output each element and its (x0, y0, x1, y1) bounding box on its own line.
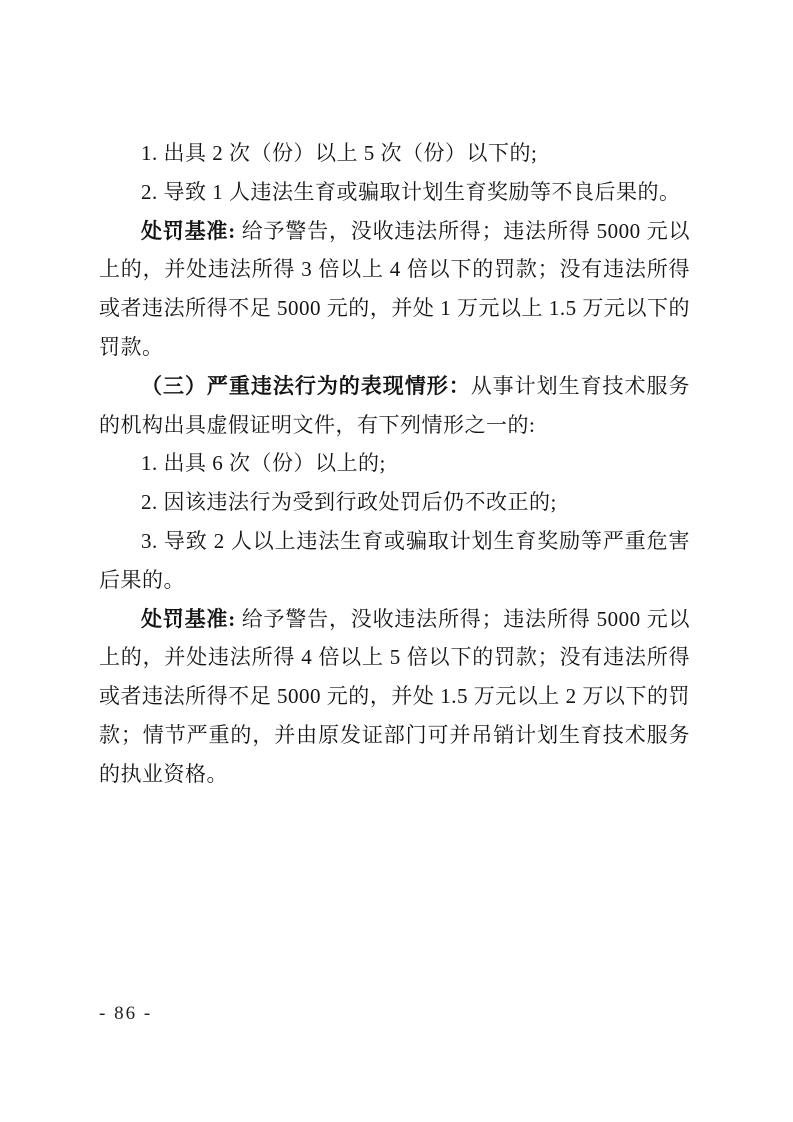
penalty-text: 给予警告，没收违法所得；违法所得 5000 元以上的，并处违法所得 4 倍以上 … (99, 607, 690, 786)
section-heading-label: （三）严重违法行为的表现情形： (141, 374, 471, 398)
document-body: 1. 出具 2 次（份）以上 5 次（份）以下的; 2. 导致 1 人违法生育或… (99, 134, 690, 794)
list-item: 2. 导致 1 人违法生育或骗取计划生育奖励等不良后果的。 (99, 173, 690, 212)
penalty-paragraph: 处罚基准: 给予警告，没收违法所得；违法所得 5000 元以上的，并处违法所得 … (99, 600, 690, 794)
list-item: 2. 因该违法行为受到行政处罚后仍不改正的; (99, 483, 690, 522)
list-item: 1. 出具 6 次（份）以上的; (99, 444, 690, 483)
document-page: 1. 出具 2 次（份）以上 5 次（份）以下的; 2. 导致 1 人违法生育或… (0, 0, 793, 1122)
penalty-label: 处罚基准: (141, 607, 236, 631)
list-item: 3. 导致 2 人以上违法生育或骗取计划生育奖励等严重危害后果的。 (99, 522, 690, 600)
penalty-paragraph: 处罚基准: 给予警告，没收违法所得；违法所得 5000 元以上的，并处违法所得 … (99, 212, 690, 367)
section-heading: （三）严重违法行为的表现情形：从事计划生育技术服务的机构出具虚假证明文件，有下列… (99, 367, 690, 445)
penalty-label: 处罚基准: (141, 219, 236, 243)
list-item: 1. 出具 2 次（份）以上 5 次（份）以下的; (99, 134, 690, 173)
page-number: - 86 - (99, 1002, 152, 1026)
